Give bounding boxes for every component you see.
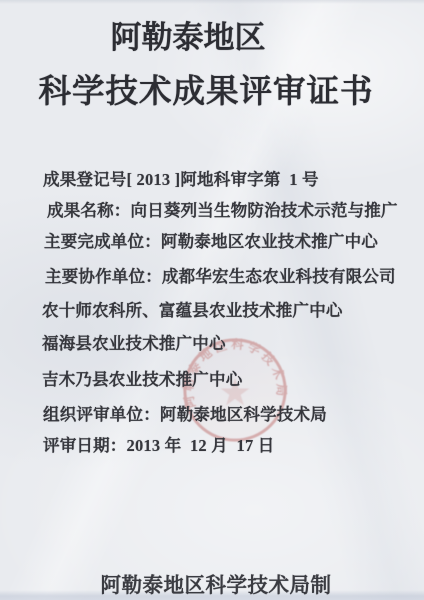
field-review-date: 评审日期：2013 年 12 月 17 日	[43, 432, 274, 454]
field-cooperating-unit-4: 吉木乃县农业技术推广中心	[42, 366, 242, 388]
field-cooperating-unit-1: 主要协作单位：成都华宏生态农业科技有限公司	[45, 263, 396, 285]
issuer-footer: 阿勒泰地区科学技术局制	[4, 568, 424, 598]
field-cooperating-unit-3: 福海县农业技术推广中心	[42, 330, 226, 352]
field-organizing-review-unit: 组织评审单位：阿勒泰地区科学技术局	[43, 401, 327, 423]
field-achievement-name: 成果名称：向日葵列当生物防治技术示范与推广	[47, 197, 398, 219]
field-main-completing-unit: 主要完成单位：阿勒泰地区农业技术推广中心	[44, 228, 378, 250]
certificate-main-title: 科学技术成果评审证书	[0, 66, 418, 112]
certificate-page: 阿勒泰地区 科学技术成果评审证书 阿勒泰地区科学技术局 成果登记号[ 2013 …	[0, 0, 424, 600]
field-registration-number: 成果登记号[ 2013 ]阿地科审字第 1 号	[43, 166, 319, 188]
certificate-region-title: 阿勒泰地区	[0, 12, 400, 57]
field-cooperating-unit-2: 农十师农科所、富蕴县农业技术推广中心	[42, 297, 343, 319]
